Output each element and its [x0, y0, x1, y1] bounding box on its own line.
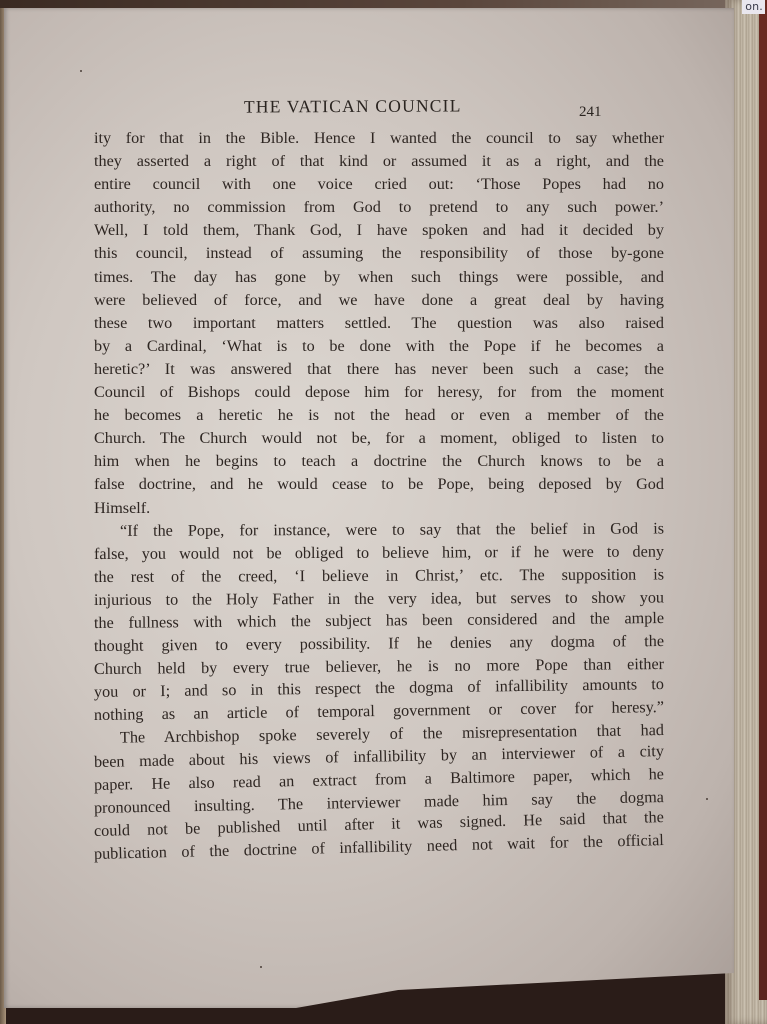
- running-head-title: THE VATICAN COUNCIL: [244, 95, 462, 117]
- text-line: Church. The Church would not be, for a m…: [94, 427, 664, 450]
- text-line: he becomes a heretic he is not the head …: [94, 404, 664, 427]
- text-line: false, you would not be obliged to belie…: [94, 540, 664, 566]
- text-line: times. The day has gone by when such thi…: [94, 266, 664, 289]
- paper-speck: [260, 966, 262, 968]
- page-number: 241: [579, 104, 602, 121]
- red-page-edge: [759, 0, 767, 1000]
- paper-speck: [80, 70, 82, 72]
- text-line: the rest of the creed, ‘I believe in Chr…: [94, 563, 664, 589]
- paragraph-start-line: “If the Pope, for instance, were to say …: [94, 517, 664, 543]
- photo-scene: on. THE VATICAN COUNCIL 241 ity for that…: [0, 0, 767, 1024]
- text-line: they asserted a right of that kind or as…: [94, 150, 664, 173]
- text-line: by a Cardinal, ‘What is to be done with …: [94, 335, 664, 358]
- paper-speck: [706, 798, 708, 800]
- paper-speck: [300, 1008, 302, 1010]
- text-line: false doctrine, and he would cease to be…: [94, 473, 664, 496]
- text-line: him when he begins to teach a doctrine t…: [94, 450, 664, 473]
- text-line: ity for that in the Bible. Hence I wante…: [94, 127, 664, 150]
- text-line: were believed of force, and we have done…: [94, 289, 664, 312]
- text-line: these two important matters settled. The…: [94, 312, 664, 335]
- body-text: ity for that in the Bible. Hence I wante…: [94, 127, 664, 866]
- text-line: Well, I told them, Thank God, I have spo…: [94, 219, 664, 242]
- paragraph-end-line: Himself.: [94, 497, 664, 520]
- text-line: authority, no commission from God to pre…: [94, 196, 664, 219]
- text-line: this council, instead of assuming the re…: [94, 242, 664, 265]
- text-line: heretic?’ It was answered that there has…: [94, 358, 664, 381]
- corner-label-fragment: on.: [742, 0, 765, 14]
- text-line: entire council with one voice cried out:…: [94, 173, 664, 196]
- text-line: Council of Bishops could depose him for …: [94, 381, 664, 404]
